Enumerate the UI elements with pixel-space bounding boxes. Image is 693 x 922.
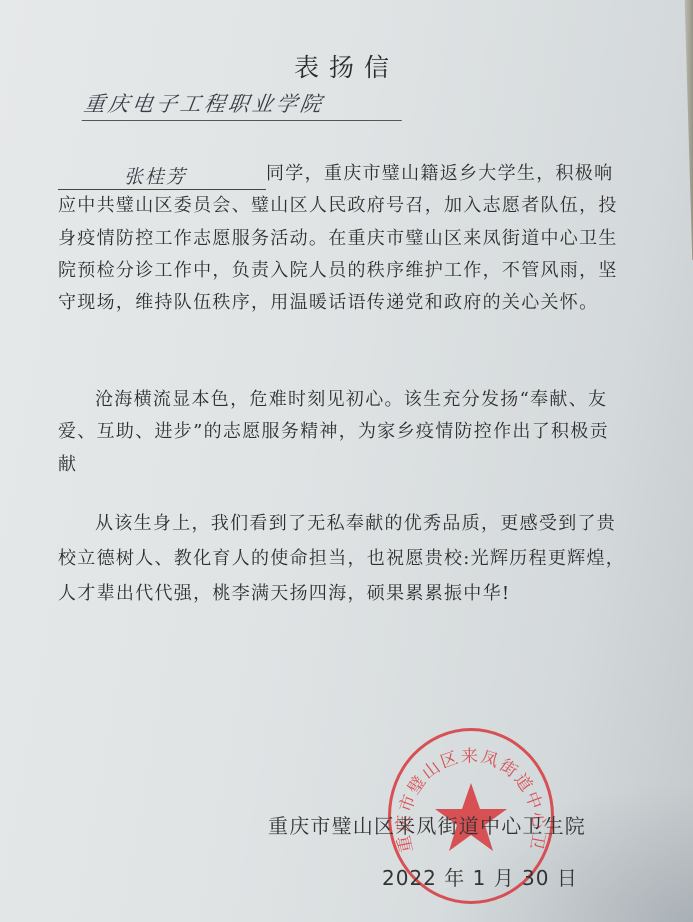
paragraph-1: 张桂芳同学，重庆市璧山籍返乡大学生，积极响应中共璧山区委员会、璧山区人民政府号召… xyxy=(58,158,628,319)
document-title: 表扬信 xyxy=(0,48,693,84)
signature-organization: 重庆市璧山区来凤街道中心卫生院 xyxy=(268,810,586,839)
page-edge-shadow xyxy=(679,0,693,260)
recipient-handwritten: 重庆电子工程职业学院 xyxy=(82,88,407,121)
student-name-handwritten: 张桂芳 xyxy=(58,166,266,190)
paragraph-2: 沧海横流显本色，危难时刻见初心。该生充分发扬“奉献、友爱、互助、进步”的志愿服务… xyxy=(58,384,628,481)
signature-date: 2022 年 1 月 30 日 xyxy=(382,862,578,891)
paragraph-3: 从该生身上，我们看到了无私奉献的优秀品质，更感受到了贵校立德树人、教化育人的使命… xyxy=(58,506,628,611)
